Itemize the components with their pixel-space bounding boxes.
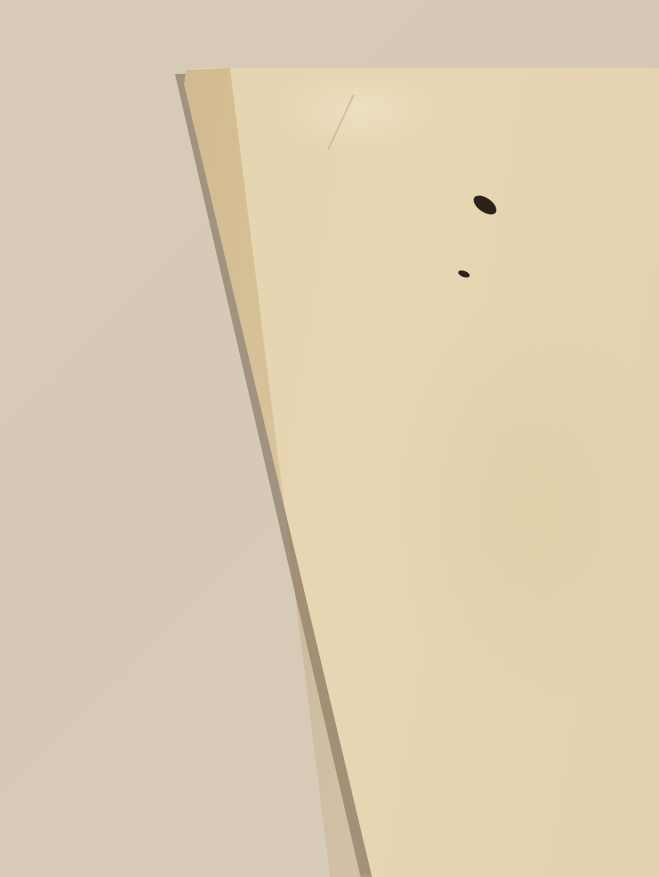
photo-scene	[0, 0, 659, 877]
